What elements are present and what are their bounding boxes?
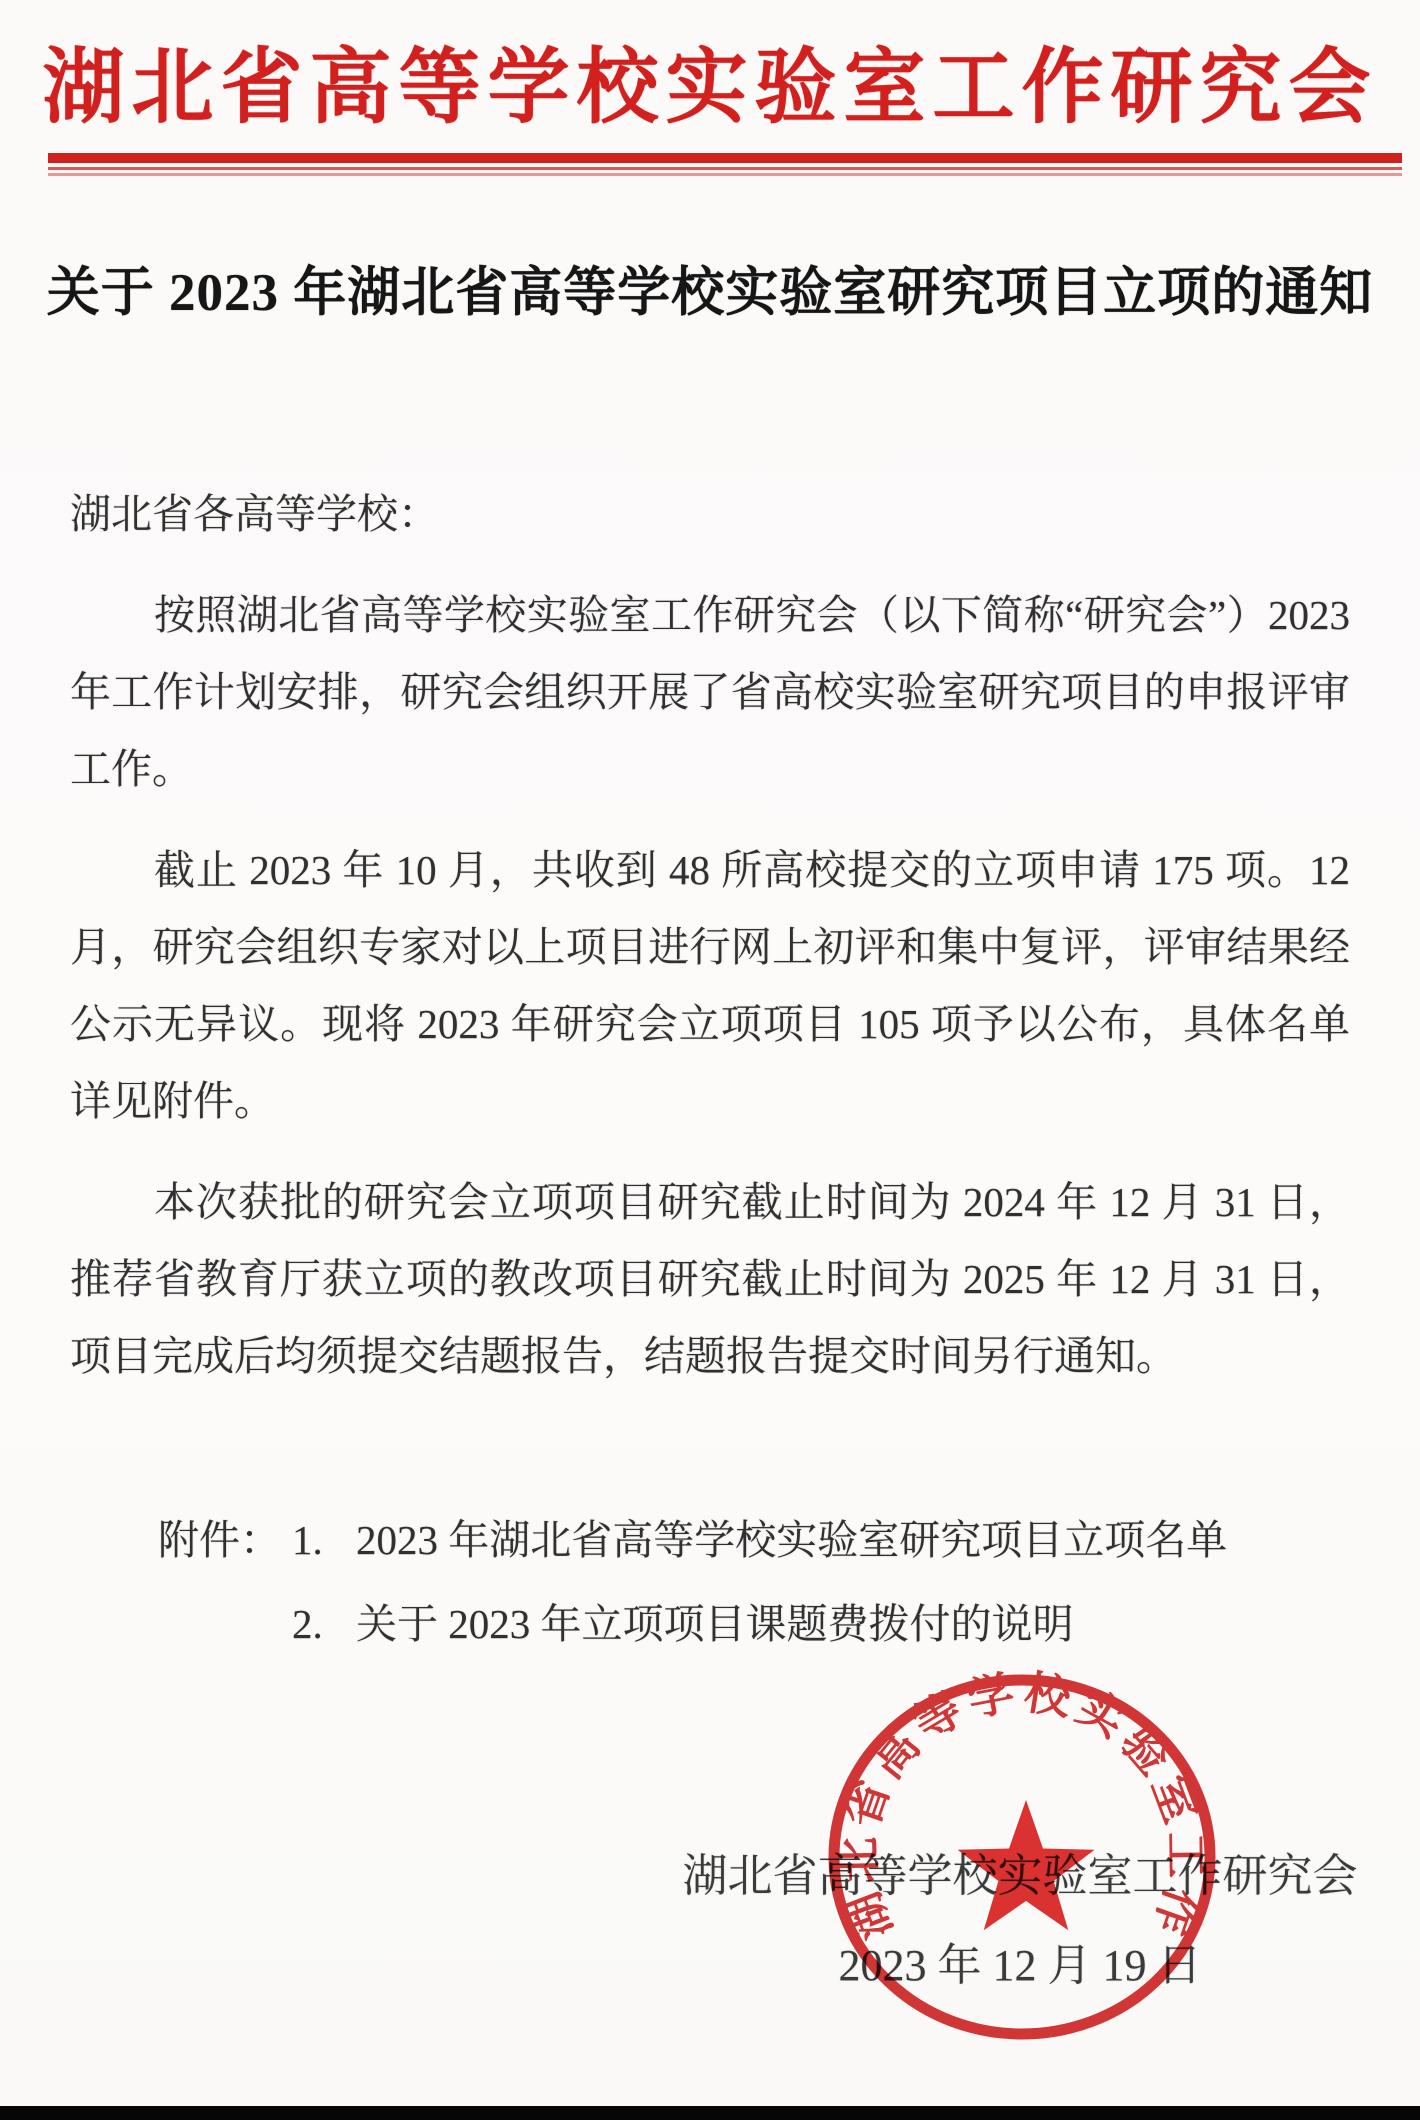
- letterhead-org-name: 湖北省高等学校实验室工作研究会: [20, 22, 1400, 139]
- paragraph-1: 按照湖北省高等学校实验室工作研究会（以下简称“研究会”）2023 年工作计划安排…: [70, 577, 1350, 808]
- signature-org-name: 湖北省高等学校实验室工作研究会: [620, 1831, 1420, 1921]
- paragraph-3: 本次获批的研究会立项项目研究截止时间为 2024 年 12 月 31 日，推荐省…: [70, 1164, 1350, 1395]
- attachment-1-title: 2023 年湖北省高等学校实验室研究项目立项名单: [356, 1498, 1227, 1582]
- notice-body: 湖北省各高等学校： 按照湖北省高等学校实验室工作研究会（以下简称“研究会”）20…: [70, 476, 1350, 2011]
- screenshot-bottom-black-bar: [0, 2106, 1420, 2120]
- divider-thin-line-1: [48, 167, 1402, 170]
- signature-block: 湖北省高等学校实验室工作研究会 2023 年 12 月 19 日: [620, 1831, 1420, 2011]
- attachment-item-1: 附件： 1. 2023 年湖北省高等学校实验室研究项目立项名单: [70, 1498, 1350, 1582]
- salutation: 湖北省各高等学校：: [70, 476, 1350, 553]
- attachments-label: 附件：: [70, 1498, 292, 1582]
- attachment-1-number: 1.: [292, 1498, 356, 1582]
- attachments-list: 附件： 1. 2023 年湖北省高等学校实验室研究项目立项名单 2. 关于 20…: [70, 1498, 1350, 1666]
- signature-date: 2023 年 12 月 19 日: [620, 1921, 1420, 2011]
- notice-title: 关于 2023 年湖北省高等学校实验室研究项目立项的通知: [40, 250, 1380, 326]
- notice-document: 湖北省高等学校实验室工作研究会 关于 2023 年湖北省高等学校实验室研究项目立…: [0, 0, 1420, 2120]
- attachments-label-spacer: [70, 1582, 292, 1666]
- divider-thick-line: [48, 153, 1402, 163]
- divider-thin-line-2: [48, 173, 1402, 176]
- paragraph-2: 截止 2023 年 10 月，共收到 48 所高校提交的立项申请 175 项。1…: [70, 832, 1350, 1140]
- letterhead-divider: [48, 153, 1402, 176]
- attachment-2-title: 关于 2023 年立项项目课题费拨付的说明: [356, 1582, 1074, 1666]
- attachment-item-2: 2. 关于 2023 年立项项目课题费拨付的说明: [70, 1582, 1350, 1666]
- attachment-2-number: 2.: [292, 1582, 356, 1666]
